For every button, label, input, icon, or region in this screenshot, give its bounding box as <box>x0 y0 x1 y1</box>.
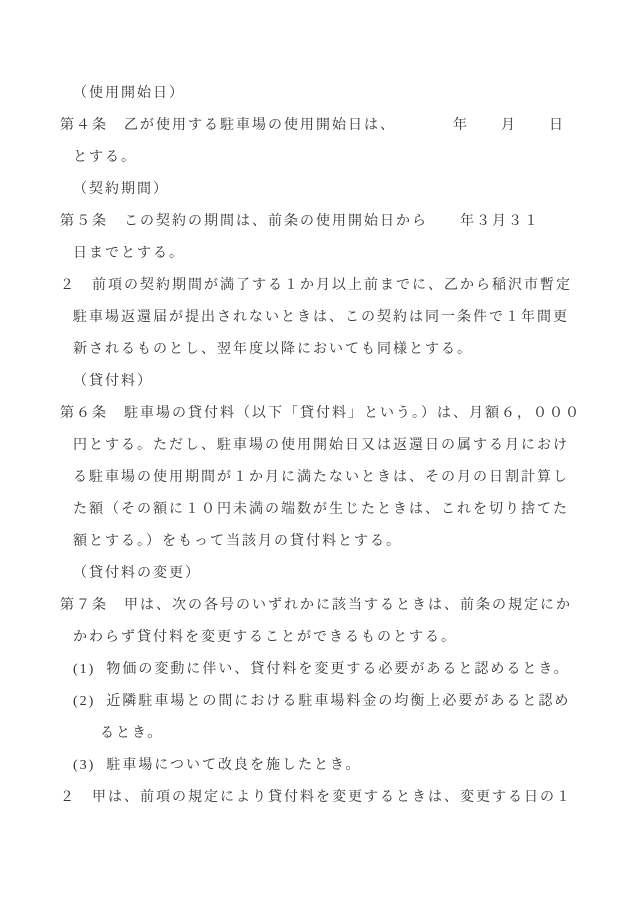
document-line: （貸付料の変更） <box>0 558 630 590</box>
document-line: 第４条 乙が使用する駐車場の使用開始日は、 年 月 日 <box>0 110 630 142</box>
document-line: た額（その額に１０円未満の端数が生じたときは、これを切り捨てた <box>0 494 630 526</box>
document-line: 第６条 駐車場の貸付料（以下「貸付料」という。）は、月額６，０００ <box>0 398 630 430</box>
document-line: る駐車場の使用期間が１か月に満たないときは、その月の日割計算し <box>0 462 630 494</box>
document-line: (1) 物価の変動に伴い、貸付料を変更する必要があると認めるとき。 <box>0 654 630 686</box>
document-line: 第５条 この契約の期間は、前条の使用開始日から 年３月３１ <box>0 206 630 238</box>
document-line: 第７条 甲は、次の各号のいずれかに該当するときは、前条の規定にか <box>0 590 630 622</box>
document-line: 円とする。ただし、駐車場の使用開始日又は返還日の属する月におけ <box>0 430 630 462</box>
document-line: （貸付料） <box>0 366 630 398</box>
document-line: （契約期間） <box>0 174 630 206</box>
document-line: るとき。 <box>0 718 630 750</box>
document-line: （使用開始日） <box>0 78 630 110</box>
document-body: （使用開始日）第４条 乙が使用する駐車場の使用開始日は、 年 月 日とする。（契… <box>0 0 630 814</box>
document-line: ２ 前項の契約期間が満了する１か月以上前までに、乙から稲沢市暫定 <box>0 270 630 302</box>
document-page: （使用開始日）第４条 乙が使用する駐車場の使用開始日は、 年 月 日とする。（契… <box>0 0 630 903</box>
document-line: とする。 <box>0 142 630 174</box>
document-line: かわらず貸付料を変更することができるものとする。 <box>0 622 630 654</box>
document-line: 日までとする。 <box>0 238 630 270</box>
document-line: 額とする。）をもって当該月の貸付料とする。 <box>0 526 630 558</box>
document-line: ２ 甲は、前項の規定により貸付料を変更するときは、変更する日の１ <box>0 782 630 814</box>
document-line: 新されるものとし、翌年度以降においても同様とする。 <box>0 334 630 366</box>
document-line: 駐車場返還届が提出されないときは、この契約は同一条件で１年間更 <box>0 302 630 334</box>
document-line: (2) 近隣駐車場との間における駐車場料金の均衡上必要があると認め <box>0 686 630 718</box>
document-line: (3) 駐車場について改良を施したとき。 <box>0 750 630 782</box>
